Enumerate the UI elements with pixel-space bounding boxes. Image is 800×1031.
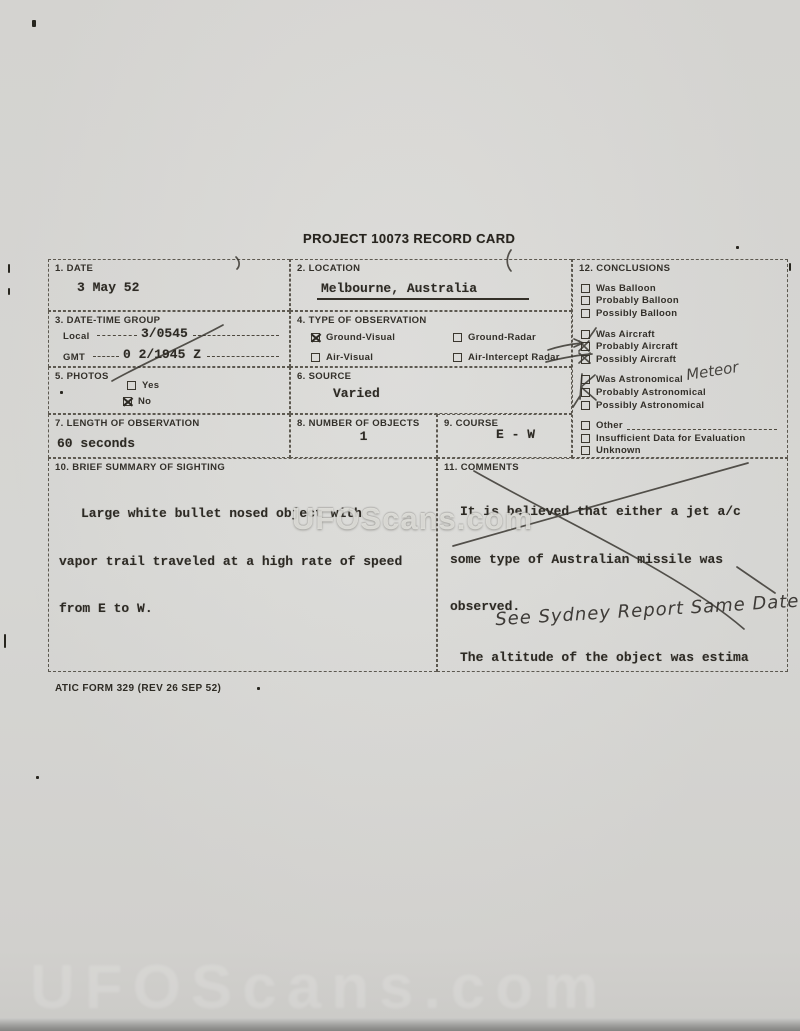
number-of-objects-value: 1 [291, 429, 436, 444]
conclusion-item: Possibly Aircraft [581, 353, 781, 366]
option-label: Ground-Radar [468, 332, 536, 343]
checkbox-icon [581, 421, 590, 430]
observation-option: Air-Visual [311, 352, 373, 363]
comments-box: 11. COMMENTS It is believed that either … [437, 458, 788, 672]
conclusion-item: Unknown [581, 445, 781, 458]
brief-summary-label: 10. BRIEF SUMMARY OF SIGHTING [55, 462, 225, 473]
summary-line: vapor trail traveled at a high rate of s… [59, 553, 431, 571]
conclusion-label: Possibly Balloon [596, 308, 677, 319]
type-of-observation-label: 4. TYPE OF OBSERVATION [297, 315, 427, 326]
gmt-leader-line [93, 346, 119, 357]
checkbox-icon [581, 401, 590, 410]
checkbox-checked-icon [311, 333, 320, 342]
observation-option: Air-Intercept Radar [453, 352, 560, 363]
comments-line: The altitude of the object was estima [450, 649, 788, 667]
conclusion-item: Possibly Balloon [581, 307, 781, 320]
conclusion-item: Insufficient Data for Evaluation [581, 432, 781, 445]
option-label: Yes [142, 380, 159, 391]
page-title: PROJECT 10073 RECORD CARD [303, 231, 515, 246]
conclusion-label: Was Balloon [596, 283, 656, 294]
checkbox-icon [581, 355, 590, 364]
checkbox-icon [581, 330, 590, 339]
location-underline [317, 280, 529, 300]
conclusion-item: Was Balloon [581, 282, 781, 295]
date-time-group-box: 3. DATE-TIME GROUP Local 3/0545 GMT 0 2/… [48, 311, 290, 367]
other-leader-line [627, 422, 777, 430]
checkbox-icon [581, 284, 590, 293]
option-label: Air-Intercept Radar [468, 352, 560, 363]
option-label: Ground-Visual [326, 332, 395, 343]
conclusion-label: Possibly Astronomical [596, 400, 704, 411]
scan-edge-mark [8, 288, 10, 295]
photos-option: Yes [127, 380, 159, 391]
number-of-objects-box: 8. NUMBER OF OBJECTS 1 [290, 414, 437, 458]
course-box: 9. COURSE E - W [437, 414, 572, 458]
scanned-record-card-page: PROJECT 10073 RECORD CARD 1. DATE 3 May … [0, 0, 800, 1031]
conclusions-list: Was Balloon Probably Balloon Possibly Ba… [581, 282, 781, 457]
watermark-faint: UFOScans.com [30, 952, 790, 1023]
date-label: 1. DATE [55, 263, 93, 274]
local-leader-line [193, 325, 279, 336]
photos-box: 5. PHOTOS Yes No [48, 367, 290, 414]
form-number: ATIC FORM 329 (REV 26 SEP 52) [55, 683, 221, 694]
brief-summary-box: 10. BRIEF SUMMARY OF SIGHTING Large whit… [48, 458, 437, 672]
scan-dot [257, 687, 260, 690]
gmt-leader-line [207, 346, 279, 357]
checkbox-icon [127, 381, 136, 390]
option-label: Air-Visual [326, 352, 373, 363]
course-value: E - W [496, 427, 535, 442]
option-label: No [138, 396, 151, 407]
conclusion-item: Probably Balloon [581, 295, 781, 308]
conclusions-label: 12. CONCLUSIONS [579, 263, 670, 274]
conclusion-item: Was Aircraft [581, 328, 781, 341]
conclusion-item: Other [581, 419, 781, 432]
length-of-observation-value: 60 seconds [57, 436, 135, 451]
conclusion-label: Was Astronomical [596, 374, 683, 385]
date-value: 3 May 52 [77, 280, 139, 295]
local-value: 3/0545 [141, 326, 188, 341]
conclusion-label: Probably Astronomical [596, 387, 706, 398]
conclusion-item: Possibly Astronomical [581, 399, 781, 412]
checkbox-icon [581, 446, 590, 455]
observation-option: Ground-Radar [453, 332, 536, 343]
conclusion-label: Probably Balloon [596, 295, 679, 306]
source-box: 6. SOURCE Varied [290, 367, 572, 414]
scan-edge-mark [789, 263, 791, 271]
course-label: 9. COURSE [444, 418, 498, 429]
length-of-observation-box: 7. LENGTH OF OBSERVATION 60 seconds [48, 414, 290, 458]
conclusion-label: Other [596, 420, 623, 431]
type-of-observation-box: 4. TYPE OF OBSERVATION Ground-Visual Gro… [290, 311, 572, 367]
gmt-label: GMT [63, 352, 85, 363]
source-label: 6. SOURCE [297, 371, 351, 382]
scan-edge-mark [4, 634, 6, 648]
gmt-value: 0 2/1945 Z [123, 347, 201, 362]
checkbox-icon [581, 342, 590, 351]
checkbox-icon [581, 388, 590, 397]
scan-speck [32, 20, 36, 27]
conclusion-item: Probably Aircraft [581, 340, 781, 353]
checkbox-icon [311, 353, 320, 362]
conclusion-item: Probably Astronomical [581, 386, 781, 399]
photos-option: No [123, 396, 151, 407]
scan-edge-mark [8, 264, 10, 273]
length-of-observation-label: 7. LENGTH OF OBSERVATION [55, 418, 200, 429]
checkbox-icon [581, 309, 590, 318]
comments-line: some type of Australian missile was [450, 551, 788, 569]
conclusion-label: Possibly Aircraft [596, 354, 676, 365]
date-box: 1. DATE 3 May 52 [48, 259, 290, 311]
summary-line: from E to W. [59, 600, 431, 618]
checkbox-checked-icon [123, 397, 132, 406]
scan-dot [736, 246, 739, 249]
source-value: Varied [333, 386, 380, 401]
observation-option: Ground-Visual [311, 332, 395, 343]
checkbox-icon [453, 353, 462, 362]
location-box: 2. LOCATION Melbourne, Australia [290, 259, 572, 311]
number-of-objects-label: 8. NUMBER OF OBJECTS [297, 418, 420, 429]
conclusions-box: 12. CONCLUSIONS Was Balloon Probably Bal… [572, 259, 788, 458]
photos-label: 5. PHOTOS [55, 371, 109, 382]
conclusion-label: Unknown [596, 445, 641, 456]
comments-label: 11. COMMENTS [444, 462, 519, 473]
checkbox-icon [581, 296, 590, 305]
checkbox-icon [581, 434, 590, 443]
checkbox-icon [581, 375, 590, 384]
scan-dot [36, 776, 39, 779]
location-label: 2. LOCATION [297, 263, 360, 274]
conclusion-label: Probably Aircraft [596, 341, 678, 352]
local-leader-line [97, 325, 137, 336]
checkbox-icon [453, 333, 462, 342]
local-label: Local [63, 331, 90, 342]
conclusion-item: Was Astronomical [581, 374, 781, 387]
conclusion-label: Insufficient Data for Evaluation [596, 433, 745, 444]
watermark: UFOScans.com [292, 501, 533, 537]
conclusion-label: Was Aircraft [596, 329, 655, 340]
